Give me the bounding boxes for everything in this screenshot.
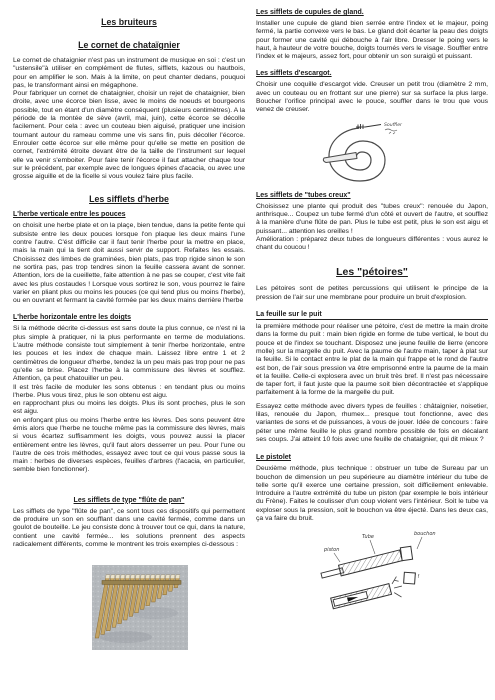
paragraph-feuille-puit-1: la première méthode pour réaliser une pé…	[256, 323, 488, 398]
section-heading-cornet: Le cornet de chataïgnier	[13, 40, 245, 50]
paragraph-herbe-verticale: on choisit une herbe plate et on la plaç…	[13, 222, 245, 305]
pistol-sketch-image: piston Tube bouchon PAF !	[320, 529, 444, 615]
blow-hole	[356, 124, 381, 129]
pan-flute-image	[92, 565, 188, 650]
snail-drawing: Souffler	[317, 118, 427, 184]
subheading-escargot: Les sifflets d'escargot.	[256, 70, 488, 77]
pan-flute-photo	[92, 565, 188, 650]
snail-shell-spiral	[329, 128, 385, 181]
section-heading-petoires: Les "pétoires"	[256, 266, 488, 278]
document-page: Les bruiteurs Le cornet de chataïgnier L…	[0, 0, 495, 700]
subheading-pistolet: Le pistolet	[256, 454, 488, 461]
paragraph-cornet: Le cornet de chataignier n'est pas un in…	[13, 57, 245, 181]
subheading-tubes-creux: Les sifflets de "tubes creux"	[256, 192, 488, 199]
snail-sketch-image: Souffler	[317, 118, 427, 184]
svg-text:Tube: Tube	[362, 534, 374, 540]
paragraph-cupules-gland: Installer une cupule de gland bien serré…	[256, 20, 488, 61]
svg-text:Souffler: Souffler	[384, 122, 403, 128]
paragraph-petoires-intro: Les pétoires sont de petites percussions…	[256, 285, 488, 302]
page-title: Les bruiteurs	[13, 17, 245, 27]
paragraph-tubes-creux: Choisissez une plante qui produit des "t…	[256, 203, 488, 253]
tube-assembly-after	[329, 570, 420, 614]
subheading-flute-de-pan: Les sifflets de type "flûte de pan"	[13, 497, 245, 504]
svg-text:bouchon: bouchon	[414, 531, 436, 537]
pipe-binding-bar	[102, 581, 181, 585]
right-column: Les sifflets de cupules de gland. Instal…	[256, 6, 488, 700]
left-column: Les bruiteurs Le cornet de chataïgnier L…	[13, 6, 245, 700]
subheading-herbe-verticale: L'herbe verticale entre les pouces	[13, 211, 245, 218]
paragraph-escargot: Choisir une coquille d'escargot vide. Cr…	[256, 81, 488, 114]
svg-text:piston: piston	[323, 547, 339, 553]
paragraph-pistolet: Deuxième méthode, plus technique : obstr…	[256, 465, 488, 523]
section-heading-sifflets-herbe: Les sifflets d'herbe	[13, 194, 245, 204]
paragraph-flute-de-pan: Les sifflets de type "flûte de pan", ce …	[13, 508, 245, 549]
souffler-annotation: Souffler	[384, 122, 403, 134]
paragraph-feuille-puit-2: Essayez cette méthode avec divers types …	[256, 403, 488, 444]
subheading-feuille-puit: La feuille sur le puit	[256, 311, 488, 320]
pistol-drawing: piston Tube bouchon PAF !	[320, 529, 444, 615]
subheading-herbe-horizontale: L'herbe horizontale entre les doigts	[13, 314, 245, 321]
paragraph-herbe-horizontale: Si la méthode décrite ci-dessus est sans…	[13, 325, 245, 474]
subheading-cupules-gland: Les sifflets de cupules de gland.	[256, 9, 488, 16]
